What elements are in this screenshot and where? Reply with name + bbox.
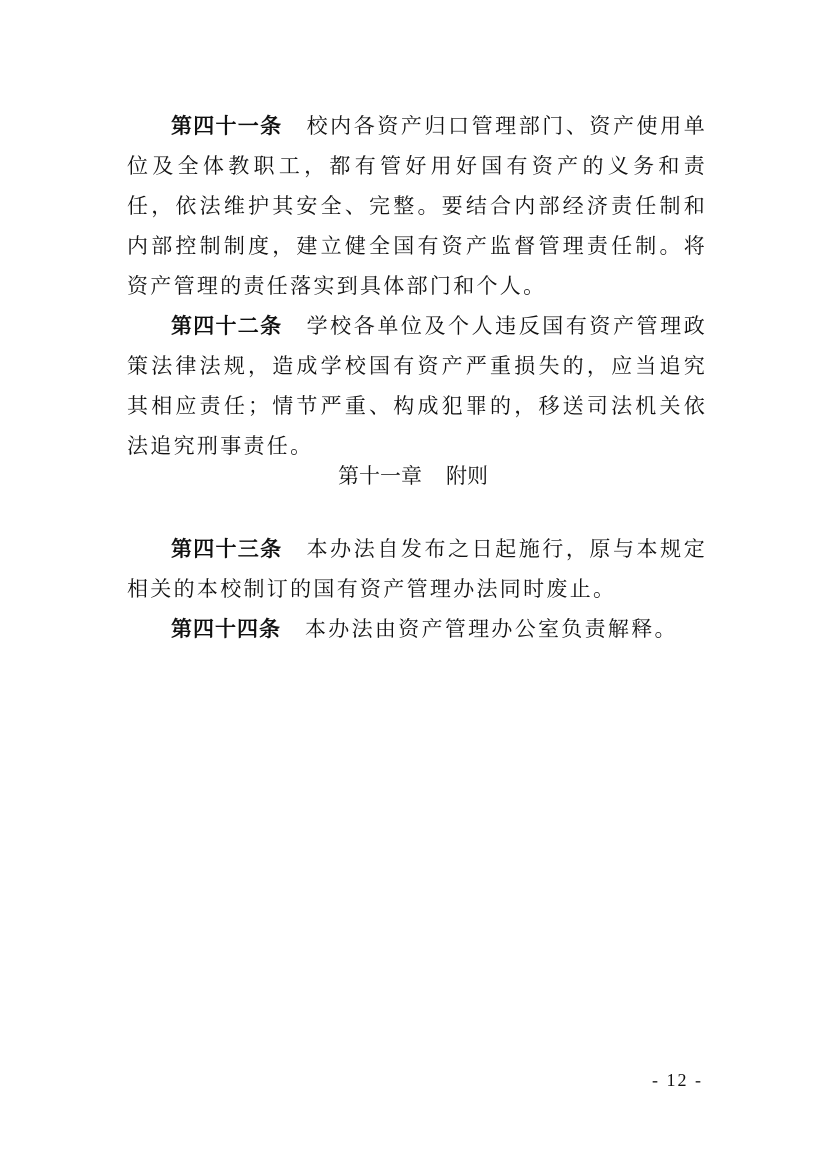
article-43: 第四十三条本办法自发布之日起施行，原与本规定相关的本校制订的国有资产管理办法同时…: [127, 529, 707, 609]
chapter-title: 附则: [446, 464, 488, 488]
article-label: 第四十二条: [171, 314, 282, 338]
article-text: 校内各资产归口管理部门、资产使用单位及全体教职工，都有管好用好国有资产的义务和责…: [127, 114, 707, 298]
article-label: 第四十四条: [171, 617, 281, 641]
articles-top: 第四十一条校内各资产归口管理部门、资产使用单位及全体教职工，都有管好用好国有资产…: [127, 106, 707, 466]
article-label: 第四十一条: [171, 114, 282, 138]
article-44: 第四十四条本办法由资产管理办公室负责解释。: [127, 609, 707, 649]
article-label: 第四十三条: [171, 537, 282, 561]
article-41: 第四十一条校内各资产归口管理部门、资产使用单位及全体教职工，都有管好用好国有资产…: [127, 106, 707, 306]
article-text: 本办法由资产管理办公室负责解释。: [305, 617, 678, 641]
page-number: - 12 -: [652, 1070, 703, 1091]
chapter-heading: 第十一章附则: [0, 456, 826, 496]
articles-bottom: 第四十三条本办法自发布之日起施行，原与本规定相关的本校制订的国有资产管理办法同时…: [127, 529, 707, 649]
article-42: 第四十二条学校各单位及个人违反国有资产管理政策法律法规，造成学校国有资产严重损失…: [127, 306, 707, 466]
chapter-number: 第十一章: [338, 464, 422, 488]
